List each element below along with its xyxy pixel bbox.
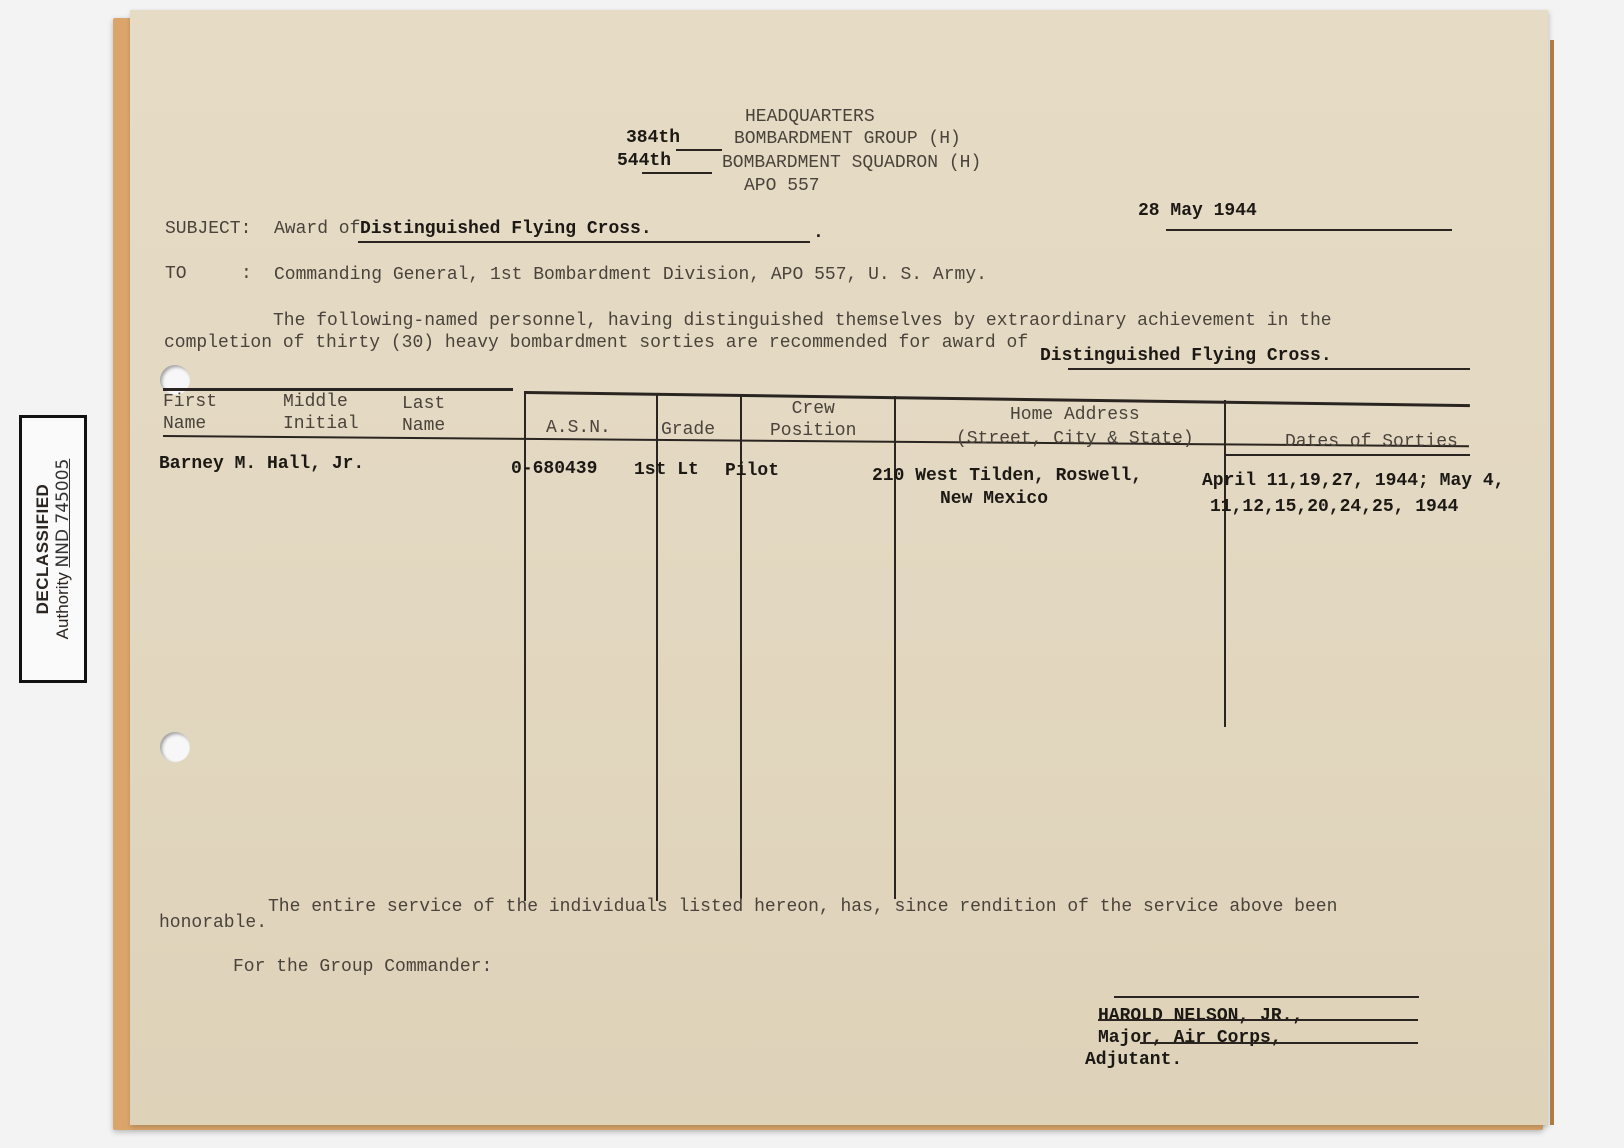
squadron-number-underline — [642, 172, 712, 174]
cell-address-line-2: New Mexico — [940, 489, 1048, 509]
stamp-authority: Authority NND 745005 — [53, 459, 73, 640]
declassified-stamp: DECLASSIFIED Authority NND 745005 — [19, 415, 87, 683]
signer-rank-strike — [1140, 1042, 1418, 1044]
to-colon: : — [241, 264, 252, 284]
closing-line-2: honorable. — [159, 913, 267, 933]
cell-dates-line-1: April 11,19,27, 1944; May 4, — [1202, 471, 1504, 491]
header-dates-of-sorties: Dates of Sorties — [1285, 432, 1458, 452]
header-grade: Grade — [661, 420, 715, 440]
subject-label: SUBJECT: — [165, 219, 251, 239]
intro-line-1: The following-named personnel, having di… — [273, 311, 1332, 331]
intro-award-underline — [1068, 368, 1470, 370]
header-middle-initial: Middle Initial — [283, 391, 359, 435]
cell-dates-line-2: 11,12,15,20,24,25, 1944 — [1210, 497, 1458, 517]
signer-name-strike — [1098, 1019, 1418, 1021]
header-first-name: First Name — [163, 391, 217, 435]
header-crew-position: Crew Position — [770, 398, 856, 442]
header-last-name: Last Name — [402, 393, 445, 437]
cell-grade: 1st Lt — [634, 460, 699, 480]
subject-underline — [358, 241, 810, 243]
closing-line-1: The entire service of the individuals li… — [268, 897, 1337, 917]
date-underline — [1166, 229, 1452, 231]
dates-header-underline — [1226, 454, 1470, 456]
header-asn: A.S.N. — [546, 418, 611, 438]
squadron-label: BOMBARDMENT SQUADRON (H) — [722, 153, 981, 173]
document-page: HEADQUARTERS 384th BOMBARDMENT GROUP (H)… — [130, 10, 1548, 1125]
punch-hole-bottom — [160, 732, 190, 762]
document-date: 28 May 1944 — [1138, 201, 1257, 221]
subject-value: Distinguished Flying Cross. — [360, 219, 652, 239]
cell-address-line-1: 210 West Tilden, Roswell, — [872, 466, 1142, 486]
subject-prefix: Award of — [274, 219, 360, 239]
signer-title: Adjutant. — [1085, 1050, 1182, 1070]
group-number: 384th — [626, 128, 680, 148]
subject-trail: . — [813, 223, 824, 243]
letterhead-headquarters: HEADQUARTERS — [745, 107, 875, 127]
signature-line — [1114, 996, 1419, 998]
header-home-address: Home Address (Street, City & State) — [956, 403, 1194, 451]
cell-asn: 0-680439 — [511, 459, 597, 479]
intro-line-2: completion of thirty (30) heavy bombardm… — [164, 333, 1028, 353]
to-label: TO — [165, 264, 187, 284]
letterhead-apo: APO 557 — [744, 176, 820, 196]
stamp-authority-label: Authority — [53, 572, 72, 639]
group-number-underline — [676, 149, 722, 151]
signer-name: HAROLD NELSON, JR., — [1098, 1006, 1303, 1026]
squadron-number: 544th — [617, 151, 671, 171]
cell-crew-position: Pilot — [725, 461, 779, 481]
stamp-authority-value: NND 745005 — [53, 459, 73, 568]
to-value: Commanding General, 1st Bombardment Divi… — [274, 265, 987, 285]
page-edge — [1550, 40, 1554, 1125]
intro-award: Distinguished Flying Cross. — [1040, 346, 1332, 366]
cell-name: Barney M. Hall, Jr. — [159, 454, 364, 474]
column-divider-dates — [1224, 400, 1226, 727]
for-group-commander: For the Group Commander: — [233, 957, 492, 977]
group-label: BOMBARDMENT GROUP (H) — [734, 129, 961, 149]
signer-rank: Major, Air Corps, — [1098, 1028, 1282, 1048]
stamp-title: DECLASSIFIED — [33, 459, 53, 640]
